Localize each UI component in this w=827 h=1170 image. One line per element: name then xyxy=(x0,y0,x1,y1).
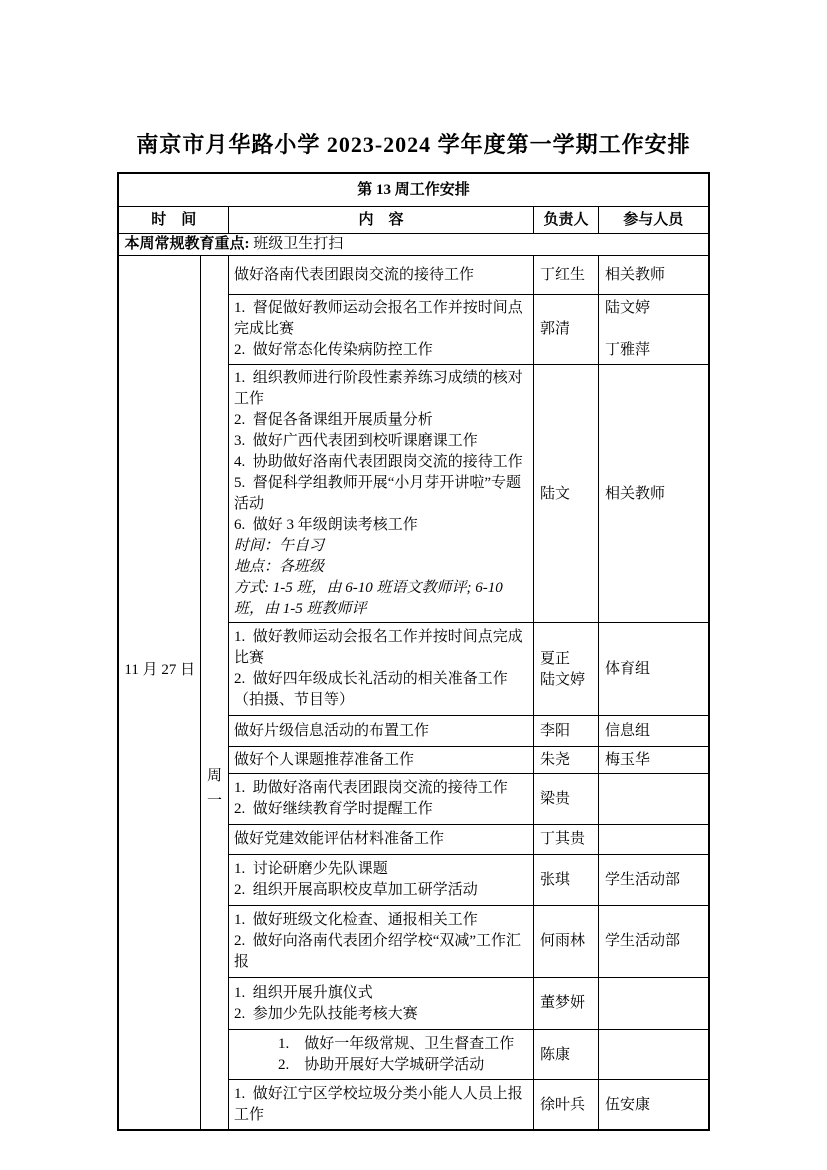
participants-cell-text: 相关教师 xyxy=(605,265,702,286)
participants-cell-text: 学生活动部 xyxy=(605,931,702,952)
participants-cell: 梅玉华 xyxy=(598,747,708,774)
leader-cell: 朱尧 xyxy=(533,747,598,774)
content-cell: 1. 助做好洛南代表团跟岗交流的接待工作2. 做好继续教育学时提醒工作 xyxy=(228,774,533,825)
weekday-cell: 周一 xyxy=(200,256,228,1131)
date-label: 11 月 27 日 xyxy=(120,660,199,681)
content-cell: 1. 督促做好教师运动会报名工作并按时间点完成比赛2. 做好常态化传染病防控工作 xyxy=(228,295,533,365)
content-line: 1. 做好教师运动会报名工作并按时间点完成比赛 xyxy=(234,627,529,669)
weekly-focus-cell: 本周常规教育重点: 班级卫生打扫 xyxy=(118,234,708,256)
participants-cell xyxy=(598,978,708,1030)
leader-cell: 梁贵 xyxy=(533,774,598,825)
content-line: 1. 助做好洛南代表团跟岗交流的接待工作 xyxy=(234,778,529,799)
column-header-leader: 负责人 xyxy=(533,207,598,234)
participants-cell: 学生活动部 xyxy=(598,906,708,978)
weekly-focus-label: 本周常规教育重点: xyxy=(124,236,249,252)
participants-cell xyxy=(598,1030,708,1080)
content-line: 2. 协助开展好大学城研学活动 xyxy=(234,1055,529,1076)
leader-cell: 丁其贵 xyxy=(533,825,598,855)
weekly-focus-value: 班级卫生打扫 xyxy=(253,236,343,252)
content-cell: 做好个人课题推荐准备工作 xyxy=(228,747,533,774)
work-schedule-table: 第 13 周工作安排 时 间 内 容 负责人 参与人员 本周常规教育重点: 班级… xyxy=(117,172,709,1131)
content-line: 1. 做好江宁区学校垃圾分类小能人人员上报工作 xyxy=(234,1084,529,1126)
content-cell: 1. 做好一年级常规、卫生督查工作2. 协助开展好大学城研学活动 xyxy=(228,1030,533,1080)
content-cell: 1. 做好江宁区学校垃圾分类小能人人员上报工作 xyxy=(228,1080,533,1131)
schedule-body: 11 月 27 日周一做好洛南代表团跟岗交流的接待工作丁红生相关教师1. 督促做… xyxy=(118,256,708,1131)
content-line: 2. 组织开展高职校皮草加工研学活动 xyxy=(234,880,529,901)
column-header-participants: 参与人员 xyxy=(598,207,708,234)
leader-cell-text: 何雨林 xyxy=(540,931,592,952)
leader-cell-text: 董梦妍 xyxy=(540,993,592,1014)
content-cell: 做好洛南代表团跟岗交流的接待工作 xyxy=(228,256,533,295)
content-line: 1. 讨论研磨少先队课题 xyxy=(234,859,529,880)
participants-cell-text: 陆文婷 xyxy=(605,298,702,319)
participants-cell-text: 伍安康 xyxy=(605,1095,702,1116)
participants-cell-text xyxy=(605,319,702,340)
participants-cell: 信息组 xyxy=(598,716,708,747)
participants-cell: 陆文婷 丁雅萍 xyxy=(598,295,708,365)
content-line: 1. 组织开展升旗仪式 xyxy=(234,983,529,1004)
participants-cell: 相关教师 xyxy=(598,365,708,623)
participants-cell-text: 信息组 xyxy=(605,721,702,742)
content-line: 做好片级信息活动的布置工作 xyxy=(234,721,529,742)
caption-row: 第 13 周工作安排 xyxy=(118,173,708,207)
participants-cell-text: 丁雅萍 xyxy=(605,340,702,361)
content-line: 2. 做好四年级成长礼活动的相关准备工作（拍摄、节目等） xyxy=(234,669,529,711)
content-line: 时间：午自习 xyxy=(234,536,529,557)
leader-cell-text: 梁贵 xyxy=(540,789,592,810)
weekday-char: 周 xyxy=(202,764,227,789)
leader-cell: 陈康 xyxy=(533,1030,598,1080)
column-header-time: 时 间 xyxy=(118,207,228,234)
leader-cell: 张琪 xyxy=(533,855,598,906)
content-line: 做好洛南代表团跟岗交流的接待工作 xyxy=(234,265,529,286)
table-caption: 第 13 周工作安排 xyxy=(118,173,708,207)
content-line: 6. 做好 3 年级朗读考核工作 xyxy=(234,515,529,536)
content-cell: 1. 讨论研磨少先队课题2. 组织开展高职校皮草加工研学活动 xyxy=(228,855,533,906)
content-cell: 1. 做好班级文化检查、通报相关工作2. 做好向洛南代表团介绍学校“双减”工作汇… xyxy=(228,906,533,978)
content-cell: 做好党建效能评估材料准备工作 xyxy=(228,825,533,855)
leader-cell-text: 朱尧 xyxy=(540,750,592,771)
participants-cell-text: 体育组 xyxy=(605,659,702,680)
leader-cell-text: 丁其贵 xyxy=(540,829,592,850)
content-line: 2. 做好向洛南代表团介绍学校“双减”工作汇报 xyxy=(234,931,529,973)
page-title: 南京市月华路小学 2023-2024 学年度第一学期工作安排 xyxy=(0,0,827,159)
content-line: 2. 督促各备课组开展质量分析 xyxy=(234,410,529,431)
leader-cell: 丁红生 xyxy=(533,256,598,295)
participants-cell-text: 相关教师 xyxy=(605,484,702,505)
content-cell: 1. 组织教师进行阶段性素养练习成绩的核对工作2. 督促各备课组开展质量分析3.… xyxy=(228,365,533,623)
document-page: 南京市月华路小学 2023-2024 学年度第一学期工作安排 第 13 周工作安… xyxy=(0,0,827,1170)
leader-cell-text: 夏正 xyxy=(540,649,592,670)
participants-cell: 体育组 xyxy=(598,623,708,716)
participants-cell: 学生活动部 xyxy=(598,855,708,906)
content-line: 4. 协助做好洛南代表团跟岗交流的接待工作 xyxy=(234,452,529,473)
leader-cell-text: 丁红生 xyxy=(540,265,592,286)
leader-cell: 夏正陆文婷 xyxy=(533,623,598,716)
leader-cell: 董梦妍 xyxy=(533,978,598,1030)
content-line: 1. 做好一年级常规、卫生督查工作 xyxy=(234,1034,529,1055)
table-row: 11 月 27 日周一做好洛南代表团跟岗交流的接待工作丁红生相关教师 xyxy=(118,256,708,295)
content-line: 地点：各班级 xyxy=(234,557,529,578)
leader-cell-text: 陆文 xyxy=(540,484,592,505)
content-line: 方式: 1-5 班，由 6-10 班语文教师评; 6-10 班，由 1-5 班教… xyxy=(234,578,529,620)
participants-cell xyxy=(598,774,708,825)
focus-row: 本周常规教育重点: 班级卫生打扫 xyxy=(118,234,708,256)
content-line: 1. 督促做好教师运动会报名工作并按时间点完成比赛 xyxy=(234,298,529,340)
content-line: 做好党建效能评估材料准备工作 xyxy=(234,829,529,850)
content-line: 2. 做好常态化传染病防控工作 xyxy=(234,340,529,361)
content-line: 1. 组织教师进行阶段性素养练习成绩的核对工作 xyxy=(234,368,529,410)
header-row: 时 间 内 容 负责人 参与人员 xyxy=(118,207,708,234)
content-cell: 1. 做好教师运动会报名工作并按时间点完成比赛2. 做好四年级成长礼活动的相关准… xyxy=(228,623,533,716)
leader-cell-text: 张琪 xyxy=(540,870,592,891)
content-cell: 做好片级信息活动的布置工作 xyxy=(228,716,533,747)
content-line: 5. 督促科学组教师开展“小月芽开讲啦”专题活动 xyxy=(234,473,529,515)
content-line: 1. 做好班级文化检查、通报相关工作 xyxy=(234,910,529,931)
leader-cell: 陆文 xyxy=(533,365,598,623)
leader-cell-text: 徐叶兵 xyxy=(540,1095,592,1116)
content-line: 2. 参加少先队技能考核大赛 xyxy=(234,1004,529,1025)
leader-cell-text: 郭清 xyxy=(540,319,592,340)
content-line: 3. 做好广西代表团到校听课磨课工作 xyxy=(234,431,529,452)
leader-cell: 郭清 xyxy=(533,295,598,365)
weekday-char: 一 xyxy=(202,789,227,814)
leader-cell-text: 陆文婷 xyxy=(540,670,592,691)
column-header-content: 内 容 xyxy=(228,207,533,234)
participants-cell xyxy=(598,825,708,855)
leader-cell-text: 陈康 xyxy=(540,1045,592,1066)
content-line: 2. 做好继续教育学时提醒工作 xyxy=(234,799,529,820)
leader-cell: 徐叶兵 xyxy=(533,1080,598,1131)
date-cell: 11 月 27 日 xyxy=(118,256,200,1131)
leader-cell: 何雨林 xyxy=(533,906,598,978)
leader-cell-text: 李阳 xyxy=(540,721,592,742)
participants-cell-text: 学生活动部 xyxy=(605,870,702,891)
participants-cell-text: 梅玉华 xyxy=(605,750,702,771)
leader-cell: 李阳 xyxy=(533,716,598,747)
participants-cell: 伍安康 xyxy=(598,1080,708,1131)
participants-cell: 相关教师 xyxy=(598,256,708,295)
content-line: 做好个人课题推荐准备工作 xyxy=(234,750,529,771)
content-cell: 1. 组织开展升旗仪式2. 参加少先队技能考核大赛 xyxy=(228,978,533,1030)
